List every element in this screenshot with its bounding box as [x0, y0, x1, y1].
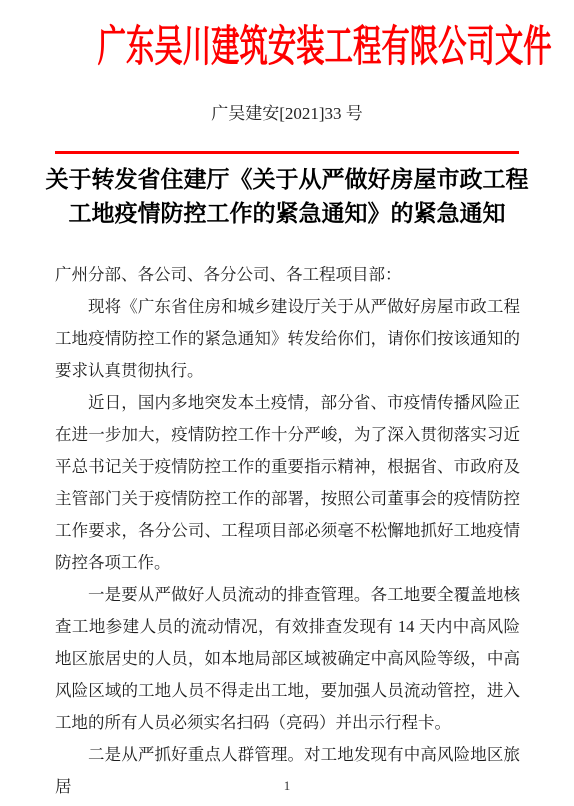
document-title-line2: 工地疫情防控工作的紧急通知》的紧急通知	[40, 197, 534, 231]
document-body: 广州分部、各公司、各分公司、各工程项目部： 现将《广东省住房和城乡建设厅关于从严…	[55, 259, 520, 803]
body-paragraph: 一是要从严做好人员流动的排查管理。各工地要全覆盖地核查工地参建人员的流动情况，有…	[55, 579, 520, 739]
body-paragraph: 近日，国内多地突发本土疫情，部分省、市疫情传播风险正在进一步加大，疫情防控工作十…	[55, 387, 520, 579]
body-paragraph: 现将《广东省住房和城乡建设厅关于从严做好房屋市政工程工地疫情防控工作的紧急通知》…	[55, 291, 520, 387]
document-number: 广吴建安[2021]33 号	[0, 104, 574, 124]
document-page: 广东吴川建筑安装工程有限公司文件 广吴建安[2021]33 号 关于转发省住建厅…	[0, 0, 574, 806]
red-header-org-title: 广东吴川建筑安装工程有限公司文件	[98, 22, 477, 74]
document-title-line1: 关于转发省住建厅《关于从严做好房屋市政工程	[40, 163, 534, 197]
document-title: 关于转发省住建厅《关于从严做好房屋市政工程 工地疫情防控工作的紧急通知》的紧急通…	[40, 163, 534, 231]
page-number: 1	[0, 778, 574, 794]
red-divider-line	[55, 151, 519, 154]
salutation-line: 广州分部、各公司、各分公司、各工程项目部：	[55, 259, 520, 291]
